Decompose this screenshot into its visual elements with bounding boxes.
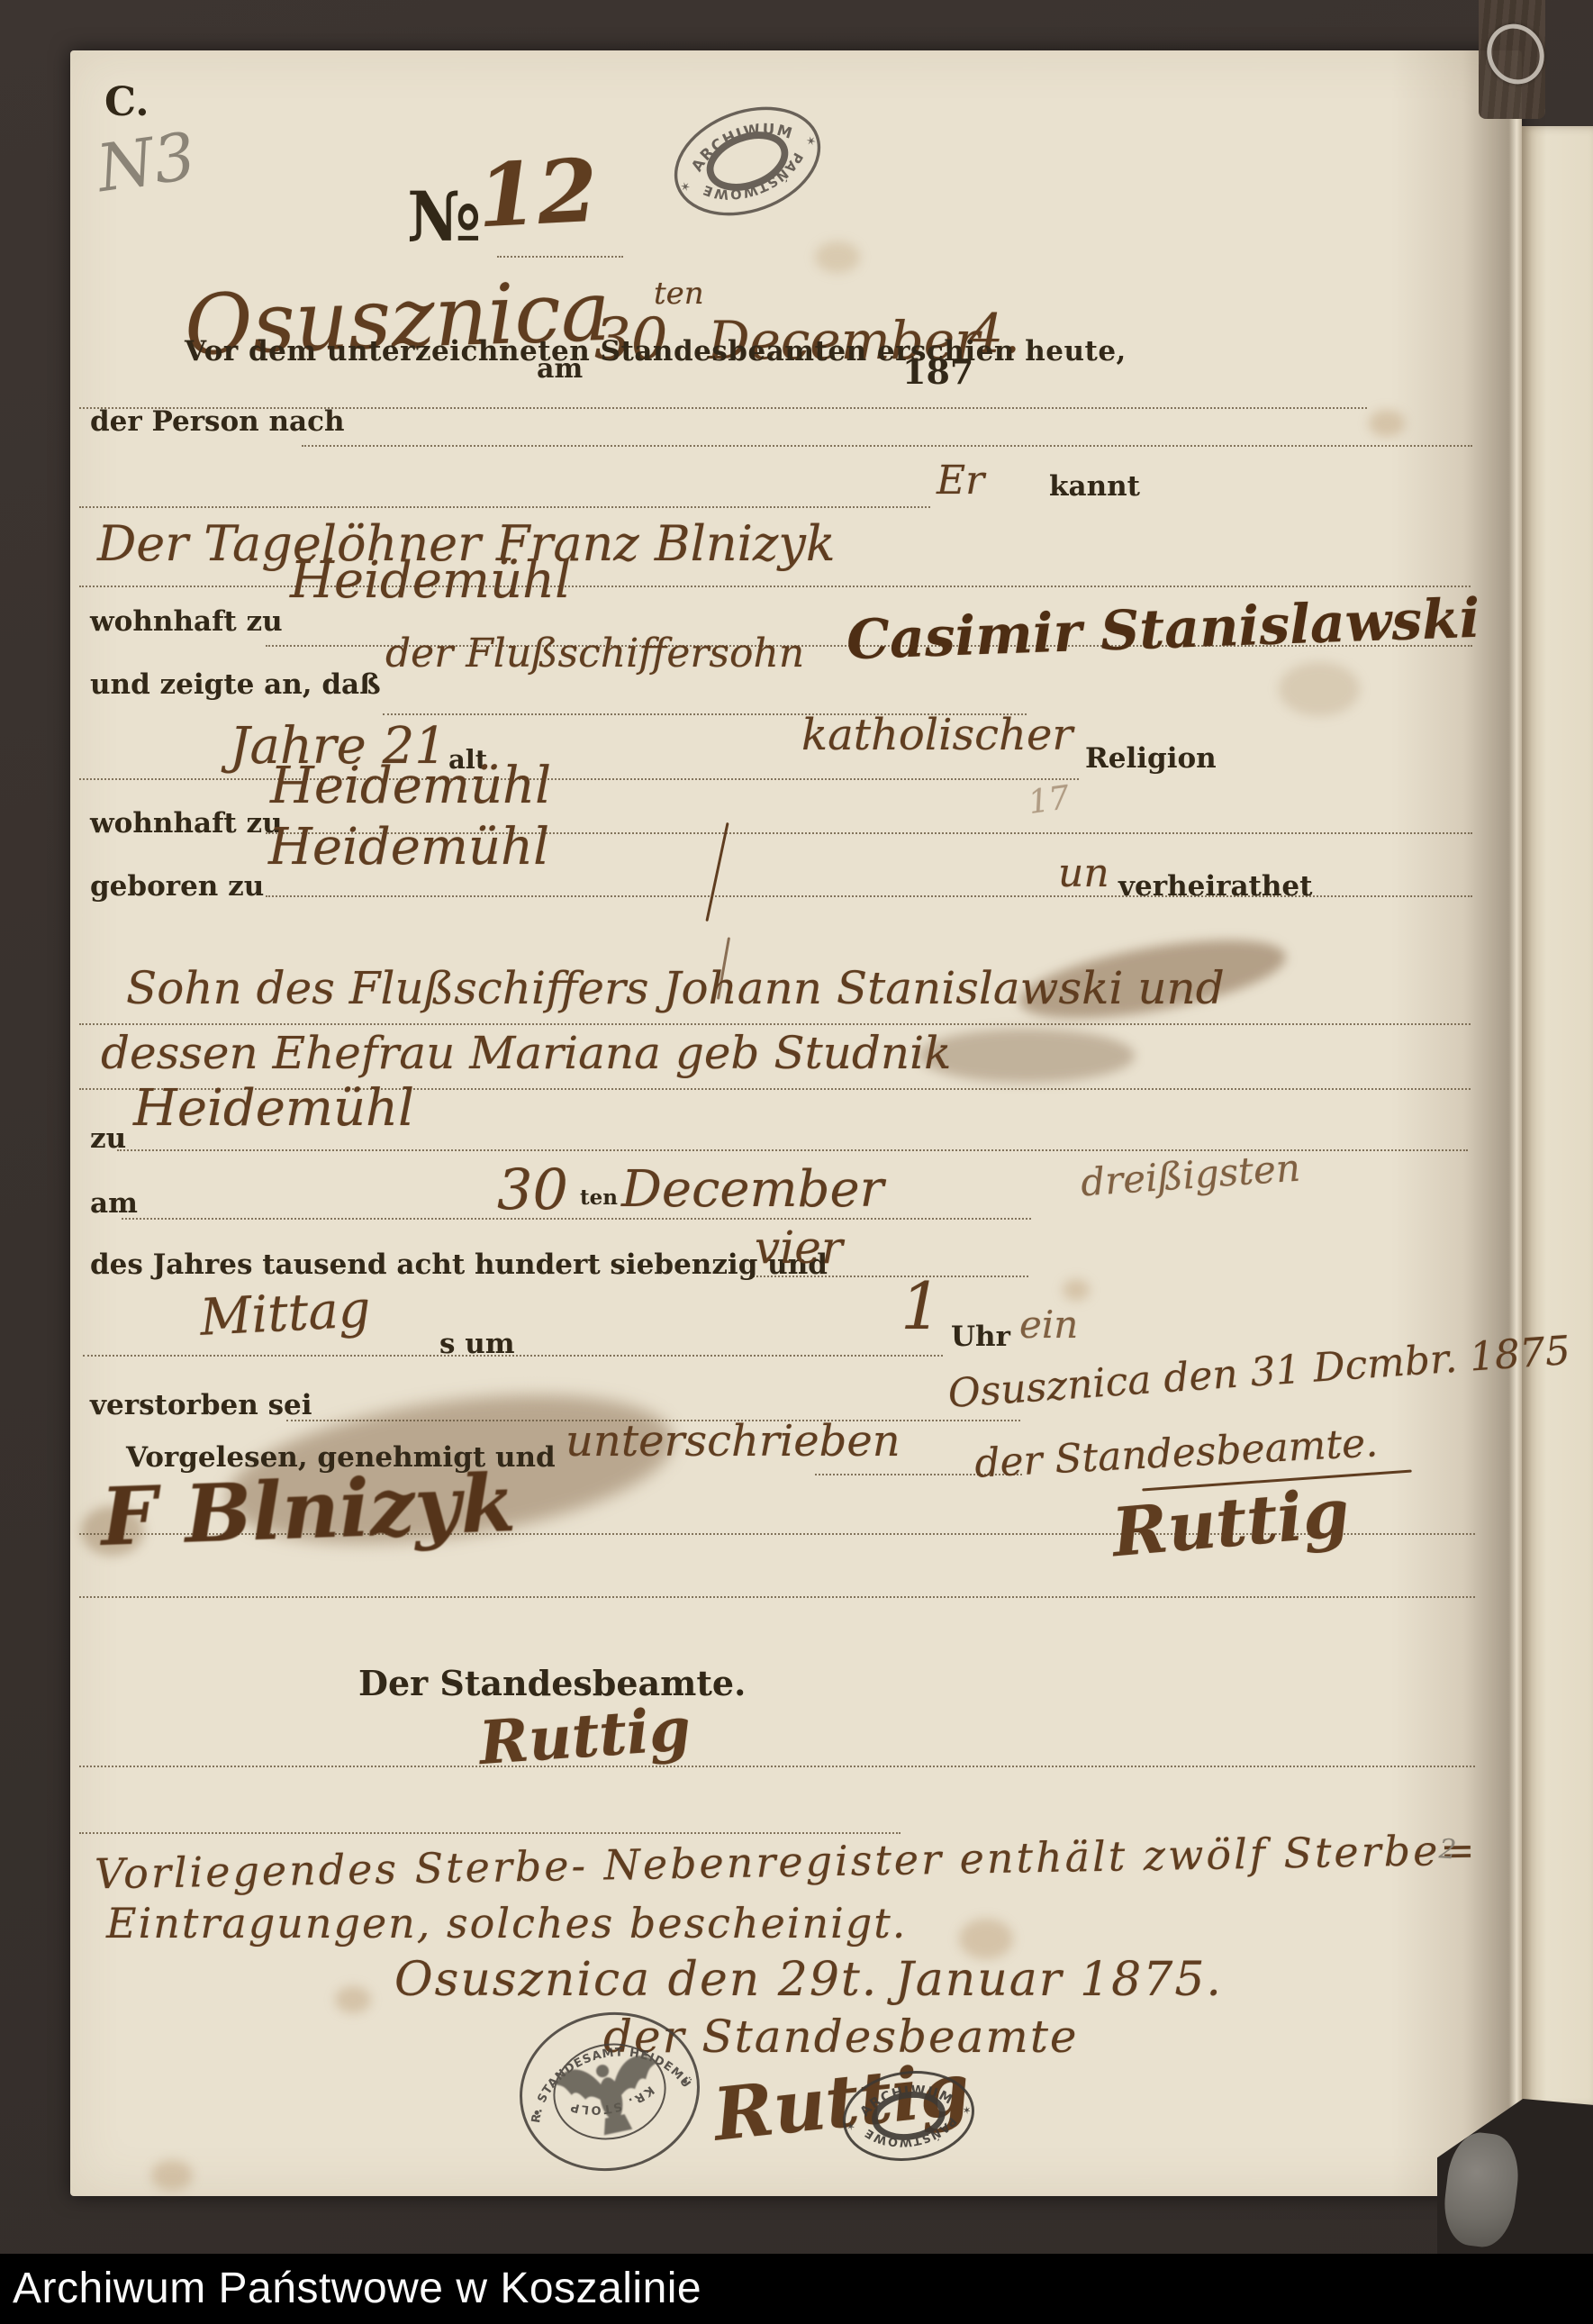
zu-label: zu [90,1122,126,1155]
archive-photo-backdrop: { "annotations": { "letter": "C.", "penc… [0,0,1593,2324]
archive-caption: Archiwum Państwowe w Koszalinie [13,2254,701,2324]
uhr-label: Uhr [951,1321,1010,1353]
dotted-rule [79,1596,1475,1598]
certification-line2: Eintragungen, solches bescheinigt. [106,1899,907,1947]
faint-ink-mark: 17 [1026,779,1072,822]
deceased-occupation-script: der Flußschiffersohn [385,631,804,676]
parents-place-script: Heidemühl [133,1079,414,1138]
residence1-script: Heidemühl [290,551,571,610]
geboren-label: geboren zu [90,870,264,903]
record-number-sign: № [407,177,482,257]
death-day-script: 30 [497,1157,568,1222]
wohnhaft-label-2: wohnhaft zu [90,807,283,840]
dotted-rule [302,445,1472,447]
margin-hour-script: ein [1019,1303,1078,1347]
mittag-script: Mittag [198,1280,372,1348]
s-um-label: s um [439,1328,515,1360]
verstorben-label: verstorben sei [90,1389,312,1421]
pencil-annotation: 2 [1438,1833,1457,1866]
dotted-rule [79,1832,901,1834]
star-icon: ✶ [962,2103,973,2117]
birthplace-script: Heidemühl [268,818,549,876]
hour-script: 1 [901,1268,942,1344]
am-death-label: am [90,1187,138,1220]
day-suffix-script: ten [654,276,704,312]
archive-stamp: ARCHIWUM PAŃSTWOWE ✶ ✶ [833,2056,984,2176]
death-month-script: December [621,1160,883,1219]
archive-caption-bar: Archiwum Państwowe w Koszalinie [0,2254,1593,2324]
dotted-rule [79,1766,1475,1767]
wohnhaft-label-1: wohnhaft zu [90,605,283,638]
form-intro: Vor dem unterzeichneten Standesbeamten e… [185,335,1127,368]
dotted-rule [79,778,1079,780]
un-script: un [1058,850,1109,896]
certification-line3: Osusznica den 29t. Januar 1875. [394,1953,1223,2007]
person-nach-label: der Person nach [90,405,345,438]
verheirathet-label: verheirathet [1118,870,1312,903]
dotted-rule [79,1023,1471,1025]
dotted-rule [79,506,930,508]
dotted-rule [497,256,623,258]
dotted-rule [122,1218,1031,1220]
star-icon: ✶ [846,2120,856,2133]
religion-label: Religion [1085,742,1217,775]
zeigte-an-label: und zeigte an, daß [90,668,381,701]
parents-line2-script: dessen Ehefrau Mariana geb Studnik [101,1027,951,1079]
ten-label: ten [580,1185,618,1210]
standesbeamte-signature: Ruttig [477,1693,693,1778]
year-word-script: vier [755,1221,843,1274]
er-script: Er [937,458,984,504]
residence2-script: Heidemühl [270,757,551,815]
parents-line1-script: Sohn des Flußschiffers Johann Stanislaws… [126,962,1225,1014]
pencil-annotation: N3 [93,118,200,206]
form-letter-c: C. [104,79,149,125]
declarant-signature: F Blnizyk [99,1456,517,1564]
religion-script: katholischer [801,710,1073,760]
adjacent-page-edge [1522,126,1593,2108]
jahres-label: des Jahres tausend acht hundert siebenzi… [90,1248,828,1281]
dotted-rule [79,586,1471,587]
kannt-label: kannt [1049,470,1140,503]
unterschrieben-script: unterschrieben [566,1416,901,1466]
record-number-value: 12 [475,140,600,248]
